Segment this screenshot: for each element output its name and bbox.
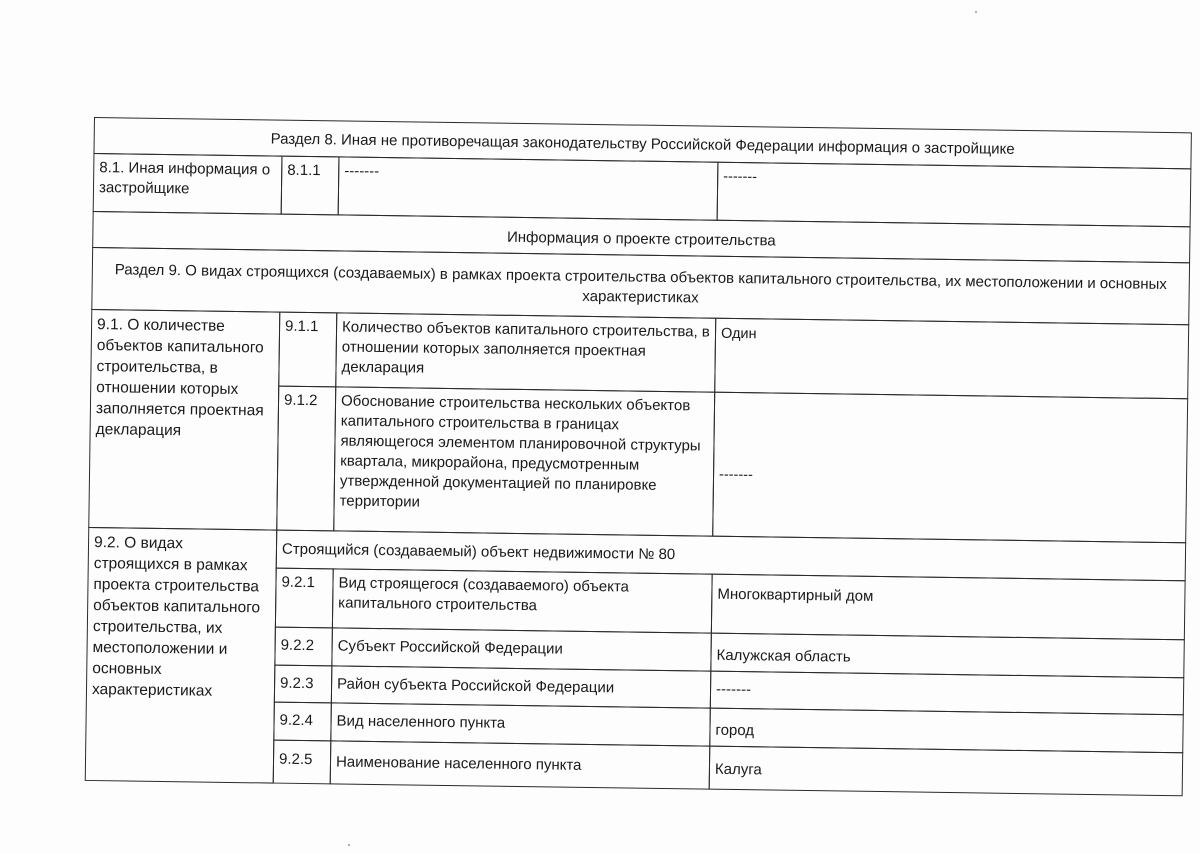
row-code-9-2-4: 9.2.4 xyxy=(273,702,332,742)
declaration-table: Раздел 8. Иная не противоречащая законод… xyxy=(85,117,1192,796)
row-label-9-1-2: Обоснование строительства нескольких объ… xyxy=(333,386,715,536)
scan-speck xyxy=(348,844,350,846)
row-label-9-2-5: Наименование населенного пункта xyxy=(330,740,711,789)
row-label-9-2-2: Субъект Российской Федерации xyxy=(331,627,712,671)
row-code-8-1-1: 8.1.1 xyxy=(281,156,340,216)
row-value-8-1-1: ------- xyxy=(717,162,1192,228)
row-code-9-2-5: 9.2.5 xyxy=(273,740,332,785)
scan-speck xyxy=(975,11,977,13)
group-9-2-label: 9.2. О видах строящихся в рамках проекта… xyxy=(85,527,278,784)
row-label-9-2-1: Вид строящегося (создаваемого) объекта к… xyxy=(332,568,713,633)
row-value-9-2-5: Калуга xyxy=(709,746,1184,797)
row-label-9-1-1: Количество объектов капитального строите… xyxy=(335,312,716,392)
group-8-1-label: 8.1. Иная информация о застройщике xyxy=(93,153,283,215)
row-label-9-2-4: Вид населенного пункта xyxy=(330,702,711,746)
row-code-9-1-1: 9.1.1 xyxy=(278,312,337,388)
scanned-page: Раздел 8. Иная не противоречащая законод… xyxy=(0,0,1200,854)
row-value-9-1-2: ------- xyxy=(712,392,1188,544)
group-9-1-label: 9.1. О количестве объектов капитального … xyxy=(88,309,280,531)
row-code-9-2-2: 9.2.2 xyxy=(274,627,333,667)
row-value-9-2-1: Многоквартирный дом xyxy=(711,574,1186,641)
row-value-9-1-2-text: ------- xyxy=(719,444,753,484)
row-code-9-2-1: 9.2.1 xyxy=(275,568,334,629)
row-code-9-2-3: 9.2.3 xyxy=(274,665,333,704)
row-value-9-1-1: Один xyxy=(714,318,1189,400)
row-label-8-1-1: ------- xyxy=(338,156,719,220)
row-code-9-1-2: 9.1.2 xyxy=(276,386,336,532)
